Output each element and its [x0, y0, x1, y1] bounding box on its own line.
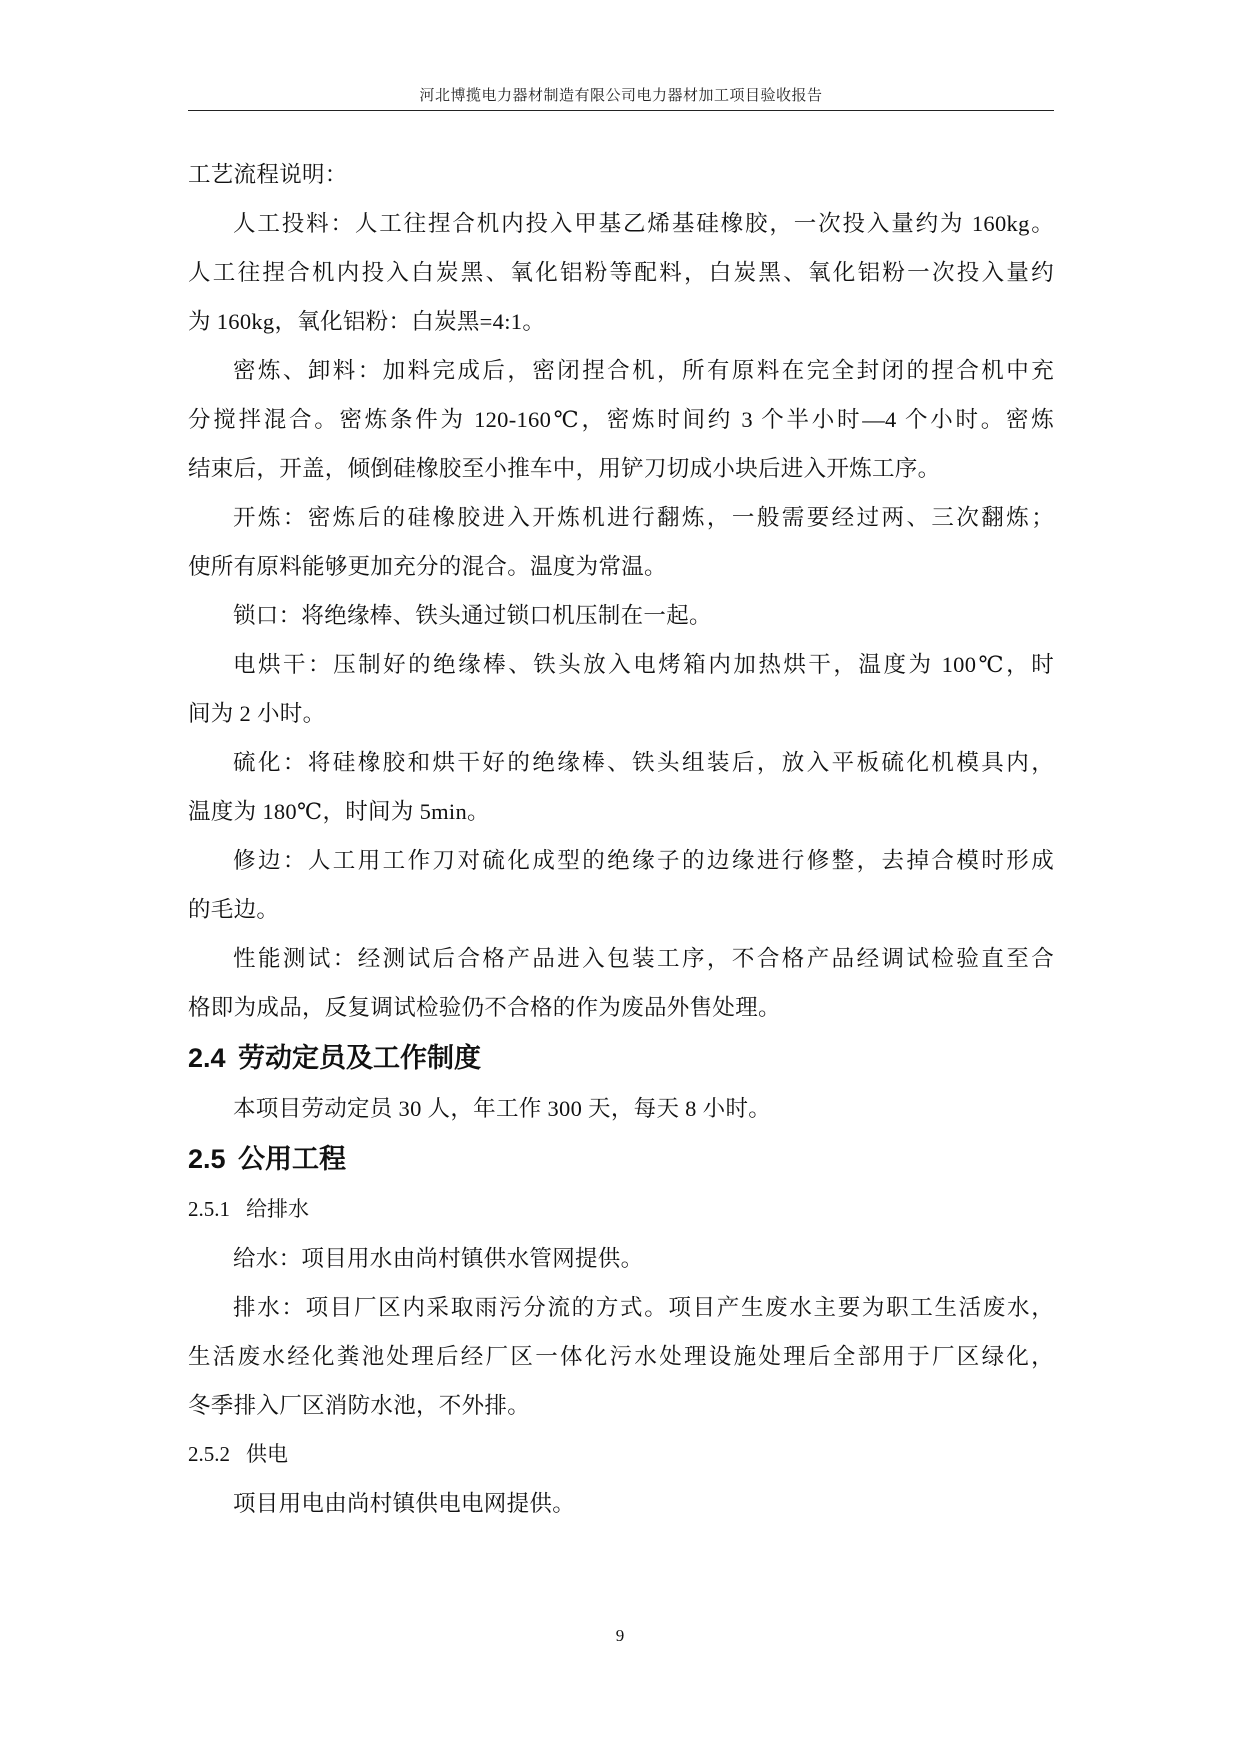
paragraph-line: 修边：人工用工作刀对硫化成型的绝缘子的边缘进行修整，去掉合模时形成	[188, 836, 1054, 885]
paragraph-line: 开炼：密炼后的硅橡胶进入开炼机进行翻炼，一般需要经过两、三次翻炼；	[188, 493, 1054, 542]
paragraph-line: 电烘干：压制好的绝缘棒、铁头放入电烤箱内加热烘干，温度为 100℃，时	[188, 640, 1054, 689]
subsection-number: 2.5.2	[188, 1430, 246, 1479]
paragraph-line: 温度为 180℃，时间为 5min。	[188, 787, 1054, 836]
section-title: 劳动定员及工作制度	[238, 1043, 481, 1073]
paragraph-line: 间为 2 小时。	[188, 689, 1054, 738]
section-number: 2.4	[188, 1032, 238, 1084]
subsection-heading-2-5-2: 2.5.2供电	[188, 1430, 1054, 1479]
subsection-heading-2-5-1: 2.5.1给排水	[188, 1185, 1054, 1234]
paragraph-line: 分搅拌混合。密炼条件为 120-160℃，密炼时间约 3 个半小时—4 个小时。…	[188, 395, 1054, 444]
running-header: 河北博揽电力器材制造有限公司电力器材加工项目验收报告	[188, 84, 1054, 105]
paragraph-line: 密炼、卸料：加料完成后，密闭捏合机，所有原料在完全封闭的捏合机中充	[188, 346, 1054, 395]
paragraph-line: 的毛边。	[188, 885, 1054, 934]
section-number: 2.5	[188, 1133, 238, 1185]
drainage-line: 生活废水经化粪池处理后经厂区一体化污水处理设施处理后全部用于厂区绿化，	[188, 1332, 1054, 1381]
section-title: 公用工程	[238, 1144, 346, 1174]
section-heading-2-4: 2.4劳动定员及工作制度	[188, 1032, 1054, 1084]
paragraph-line: 结束后，开盖，倾倒硅橡胶至小推车中，用铲刀切成小块后进入开炼工序。	[188, 444, 1054, 493]
page-body: 工艺流程说明： 人工投料：人工往捏合机内投入甲基乙烯基硅橡胶，一次投入量约为 1…	[188, 150, 1054, 1528]
subsection-title: 给排水	[246, 1197, 309, 1221]
staffing-paragraph: 本项目劳动定员 30 人，年工作 300 天，每天 8 小时。	[188, 1084, 1054, 1133]
drainage-line: 冬季排入厂区消防水池，不外排。	[188, 1381, 1054, 1430]
subsection-title: 供电	[246, 1442, 288, 1466]
paragraph-line: 性能测试：经测试后合格产品进入包装工序，不合格产品经调试检验直至合	[188, 934, 1054, 983]
page-number: 9	[0, 1626, 1240, 1646]
drainage-line: 排水：项目厂区内采取雨污分流的方式。项目产生废水主要为职工生活废水，	[188, 1283, 1054, 1332]
section-heading-2-5: 2.5公用工程	[188, 1133, 1054, 1185]
paragraph-line: 硫化：将硅橡胶和烘干好的绝缘棒、铁头组装后，放入平板硫化机模具内，	[188, 738, 1054, 787]
paragraph-line: 人工投料：人工往捏合机内投入甲基乙烯基硅橡胶，一次投入量约为 160kg。	[188, 199, 1054, 248]
water-supply-paragraph: 给水：项目用水由尚村镇供水管网提供。	[188, 1234, 1054, 1283]
paragraph-line: 人工往捏合机内投入白炭黑、氧化铝粉等配料，白炭黑、氧化铝粉一次投入量约	[188, 248, 1054, 297]
process-description-heading: 工艺流程说明：	[188, 150, 1054, 199]
header-divider	[188, 110, 1054, 111]
paragraph-line: 锁口：将绝缘棒、铁头通过锁口机压制在一起。	[188, 591, 1054, 640]
power-supply-paragraph: 项目用电由尚村镇供电电网提供。	[188, 1479, 1054, 1528]
paragraph-line: 使所有原料能够更加充分的混合。温度为常温。	[188, 542, 1054, 591]
paragraph-line: 格即为成品，反复调试检验仍不合格的作为废品外售处理。	[188, 983, 1054, 1032]
subsection-number: 2.5.1	[188, 1185, 246, 1234]
paragraph-line: 为 160kg，氧化铝粉：白炭黑=4:1。	[188, 297, 1054, 346]
